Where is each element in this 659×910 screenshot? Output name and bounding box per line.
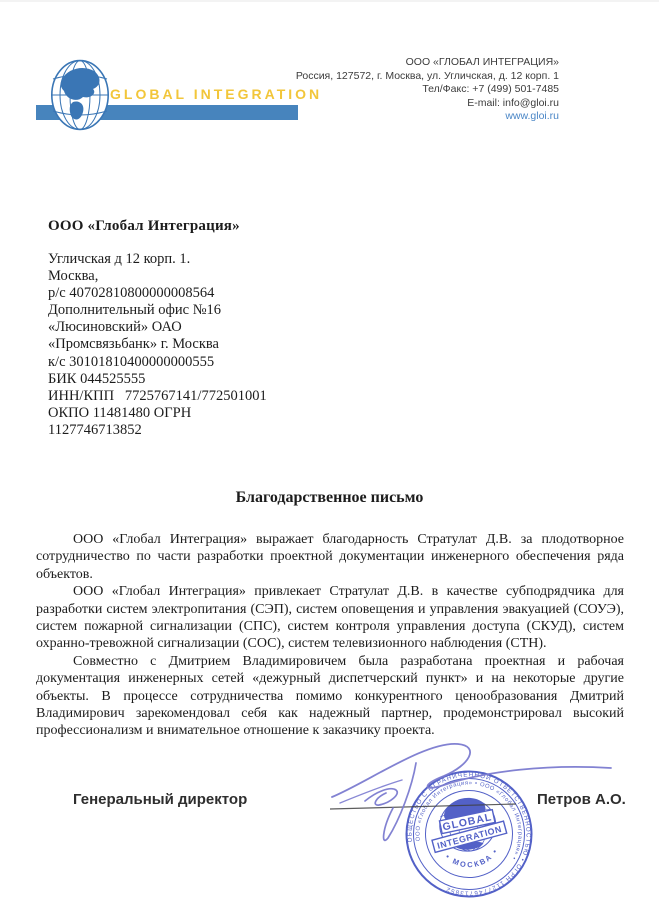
director-signature <box>320 735 659 855</box>
contact-address: Россия, 127572, г. Москва, ул. Угличская… <box>296 70 559 84</box>
signature-underline <box>330 804 516 809</box>
recipient-company-name: ООО «Глобал Интеграция» <box>48 218 240 235</box>
recipient-detail-line: 1127746713852 <box>48 422 267 439</box>
signature-loops <box>365 763 416 840</box>
globe-logo-icon <box>50 59 110 131</box>
contact-email: E-mail: info@gloi.ru <box>296 97 559 111</box>
letter-paragraph: ООО «Глобал Интеграция» выражает благода… <box>36 531 624 583</box>
header-contact-block: ООО «ГЛОБАЛ ИНТЕГРАЦИЯ» Россия, 127572, … <box>296 56 559 124</box>
contact-website: www.gloi.ru <box>296 110 559 124</box>
signoff-position-label: Генеральный директор <box>73 791 247 808</box>
recipient-detail-line: «Люсиновский» ОАО <box>48 319 267 336</box>
recipient-detail-line: Угличская д 12 корп. 1. <box>48 251 267 268</box>
recipient-detail-line: Дополнительный офис №16 <box>48 302 267 319</box>
recipient-detail-line: ОКПО 11481480 ОГРН <box>48 405 267 422</box>
recipient-detail-line: к/с 30101810400000000555 <box>48 354 267 371</box>
letter-body: ООО «Глобал Интеграция» выражает благода… <box>36 531 624 740</box>
recipient-detail-line: ИНН/КПП 7725767141/772501001 <box>48 388 267 405</box>
recipient-details-block: Угличская д 12 корп. 1.Москва,р/с 407028… <box>48 251 267 439</box>
recipient-detail-line: БИК 044525555 <box>48 371 267 388</box>
letter-title: Благодарственное письмо <box>0 489 659 507</box>
letter-paragraph: Совместно с Дмитрием Владимировичем была… <box>36 653 624 740</box>
recipient-detail-line: р/с 40702810800000008564 <box>48 285 267 302</box>
recipient-detail-line: «Промсвязьбанк» г. Москва <box>48 336 267 353</box>
letter-page: GLOBAL INTEGRATION ООО «ГЛОБАЛ ИНТЕГРАЦИ… <box>0 0 659 910</box>
contact-company-name: ООО «ГЛОБАЛ ИНТЕГРАЦИЯ» <box>296 56 559 70</box>
letter-paragraph: ООО «Глобал Интеграция» привлекает Страт… <box>36 583 624 653</box>
recipient-detail-line: Москва, <box>48 268 267 285</box>
contact-phone: Тел/Факс: +7 (499) 501-7485 <box>296 83 559 97</box>
